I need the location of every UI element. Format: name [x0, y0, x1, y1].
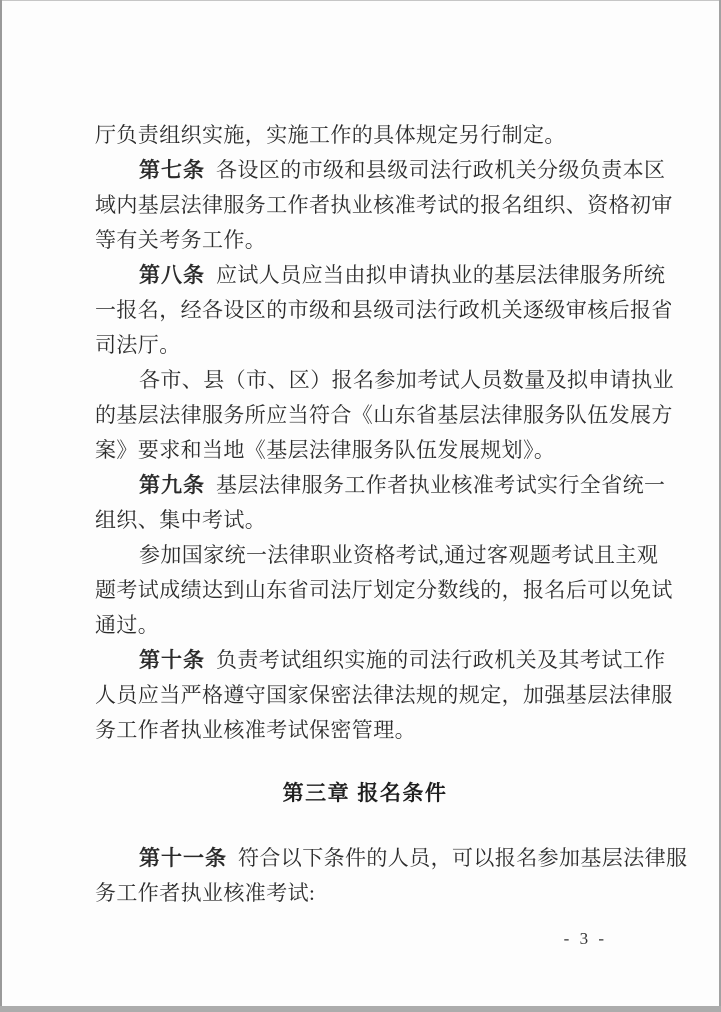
line-text: 基层法律服务工作者执业核准考试实行全省统一	[216, 473, 665, 497]
text-line: 第十一条符合以下条件的人员，可以报名参加基层法律服	[95, 841, 635, 876]
text-line: 第十条负责考试组织实施的司法行政机关及其考试工作	[95, 643, 635, 678]
text-line: 等有关考务工作。	[95, 223, 635, 258]
text-line: 人员应当严格遵守国家保密法律法规的规定，加强基层法律服	[95, 678, 635, 713]
article-number-label: 第七条	[139, 158, 205, 182]
text-line: 的基层法律服务所应当符合《山东省基层法律服务队伍发展方	[95, 398, 635, 433]
line-text: 务工作者执业核准考试保密管理。	[95, 718, 416, 742]
tail-text-block: 第十一条符合以下条件的人员，可以报名参加基层法律服 务工作者执业核准考试:	[95, 841, 635, 911]
line-text: 通过。	[95, 613, 159, 637]
text-line: 参加国家统一法律职业资格考试,通过客观题考试且主观	[95, 538, 635, 573]
scan-edge-top	[0, 0, 721, 1]
line-text: 司法厅。	[95, 333, 181, 357]
text-line: 厅负责组织实施，实施工作的具体规定另行制定。	[95, 118, 635, 153]
line-text: 符合以下条件的人员，可以报名参加基层法律服	[238, 846, 687, 870]
line-text: 各市、县（市、区）报名参加考试人员数量及拟申请执业	[139, 368, 674, 392]
text-line: 域内基层法律服务工作者执业核准考试的报名组织、资格初审	[95, 188, 635, 223]
text-line: 案》要求和当地《基层法律服务队伍发展规划》。	[95, 433, 635, 468]
article-number-label: 第八条	[139, 263, 205, 287]
line-text: 案》要求和当地《基层法律服务队伍发展规划》。	[95, 438, 555, 462]
line-text: 各设区的市级和县级司法行政机关分级负责本区	[216, 158, 665, 182]
line-text: 务工作者执业核准考试:	[95, 881, 315, 905]
article-number-label: 第十条	[139, 648, 205, 672]
text-line: 组织、集中考试。	[95, 503, 635, 538]
line-text: 组织、集中考试。	[95, 508, 266, 532]
scan-edge-left	[0, 0, 2, 1012]
document-page: 厅负责组织实施，实施工作的具体规定另行制定。 第七条各设区的市级和县级司法行政机…	[0, 0, 721, 1012]
line-text: 应试人员应当由拟申请执业的基层法律服务所统	[216, 263, 665, 287]
text-line: 各市、县（市、区）报名参加考试人员数量及拟申请执业	[95, 363, 635, 398]
line-text: 等有关考务工作。	[95, 228, 266, 252]
line-text: 域内基层法律服务工作者执业核准考试的报名组织、资格初审	[95, 193, 673, 217]
text-line: 第八条应试人员应当由拟申请执业的基层法律服务所统	[95, 258, 635, 293]
text-line: 通过。	[95, 608, 635, 643]
text-line: 一报名，经各设区的市级和县级司法行政机关逐级审核后报省	[95, 293, 635, 328]
text-line: 第九条基层法律服务工作者执业核准考试实行全省统一	[95, 468, 635, 503]
scan-edge-bottom	[0, 1006, 721, 1012]
line-text: 一报名，经各设区的市级和县级司法行政机关逐级审核后报省	[95, 298, 673, 322]
line-text: 负责考试组织实施的司法行政机关及其考试工作	[216, 648, 665, 672]
line-text: 题考试成绩达到山东省司法厅划定分数线的，报名后可以免试	[95, 578, 673, 602]
body-text-block: 厅负责组织实施，实施工作的具体规定另行制定。 第七条各设区的市级和县级司法行政机…	[95, 118, 635, 748]
line-text: 人员应当严格遵守国家保密法律法规的规定，加强基层法律服	[95, 683, 673, 707]
text-line: 务工作者执业核准考试:	[95, 876, 635, 911]
page-number: - 3 -	[95, 929, 607, 949]
text-line: 题考试成绩达到山东省司法厅划定分数线的，报名后可以免试	[95, 573, 635, 608]
chapter-heading: 第三章 报名条件	[95, 776, 635, 811]
article-number-label: 第十一条	[139, 846, 227, 870]
text-line: 务工作者执业核准考试保密管理。	[95, 713, 635, 748]
article-number-label: 第九条	[139, 473, 205, 497]
text-line: 第七条各设区的市级和县级司法行政机关分级负责本区	[95, 153, 635, 188]
text-line: 司法厅。	[95, 328, 635, 363]
line-text: 参加国家统一法律职业资格考试,通过客观题考试且主观	[139, 543, 658, 567]
line-text: 厅负责组织实施，实施工作的具体规定另行制定。	[95, 123, 566, 147]
line-text: 的基层法律服务所应当符合《山东省基层法律服务队伍发展方	[95, 403, 673, 427]
